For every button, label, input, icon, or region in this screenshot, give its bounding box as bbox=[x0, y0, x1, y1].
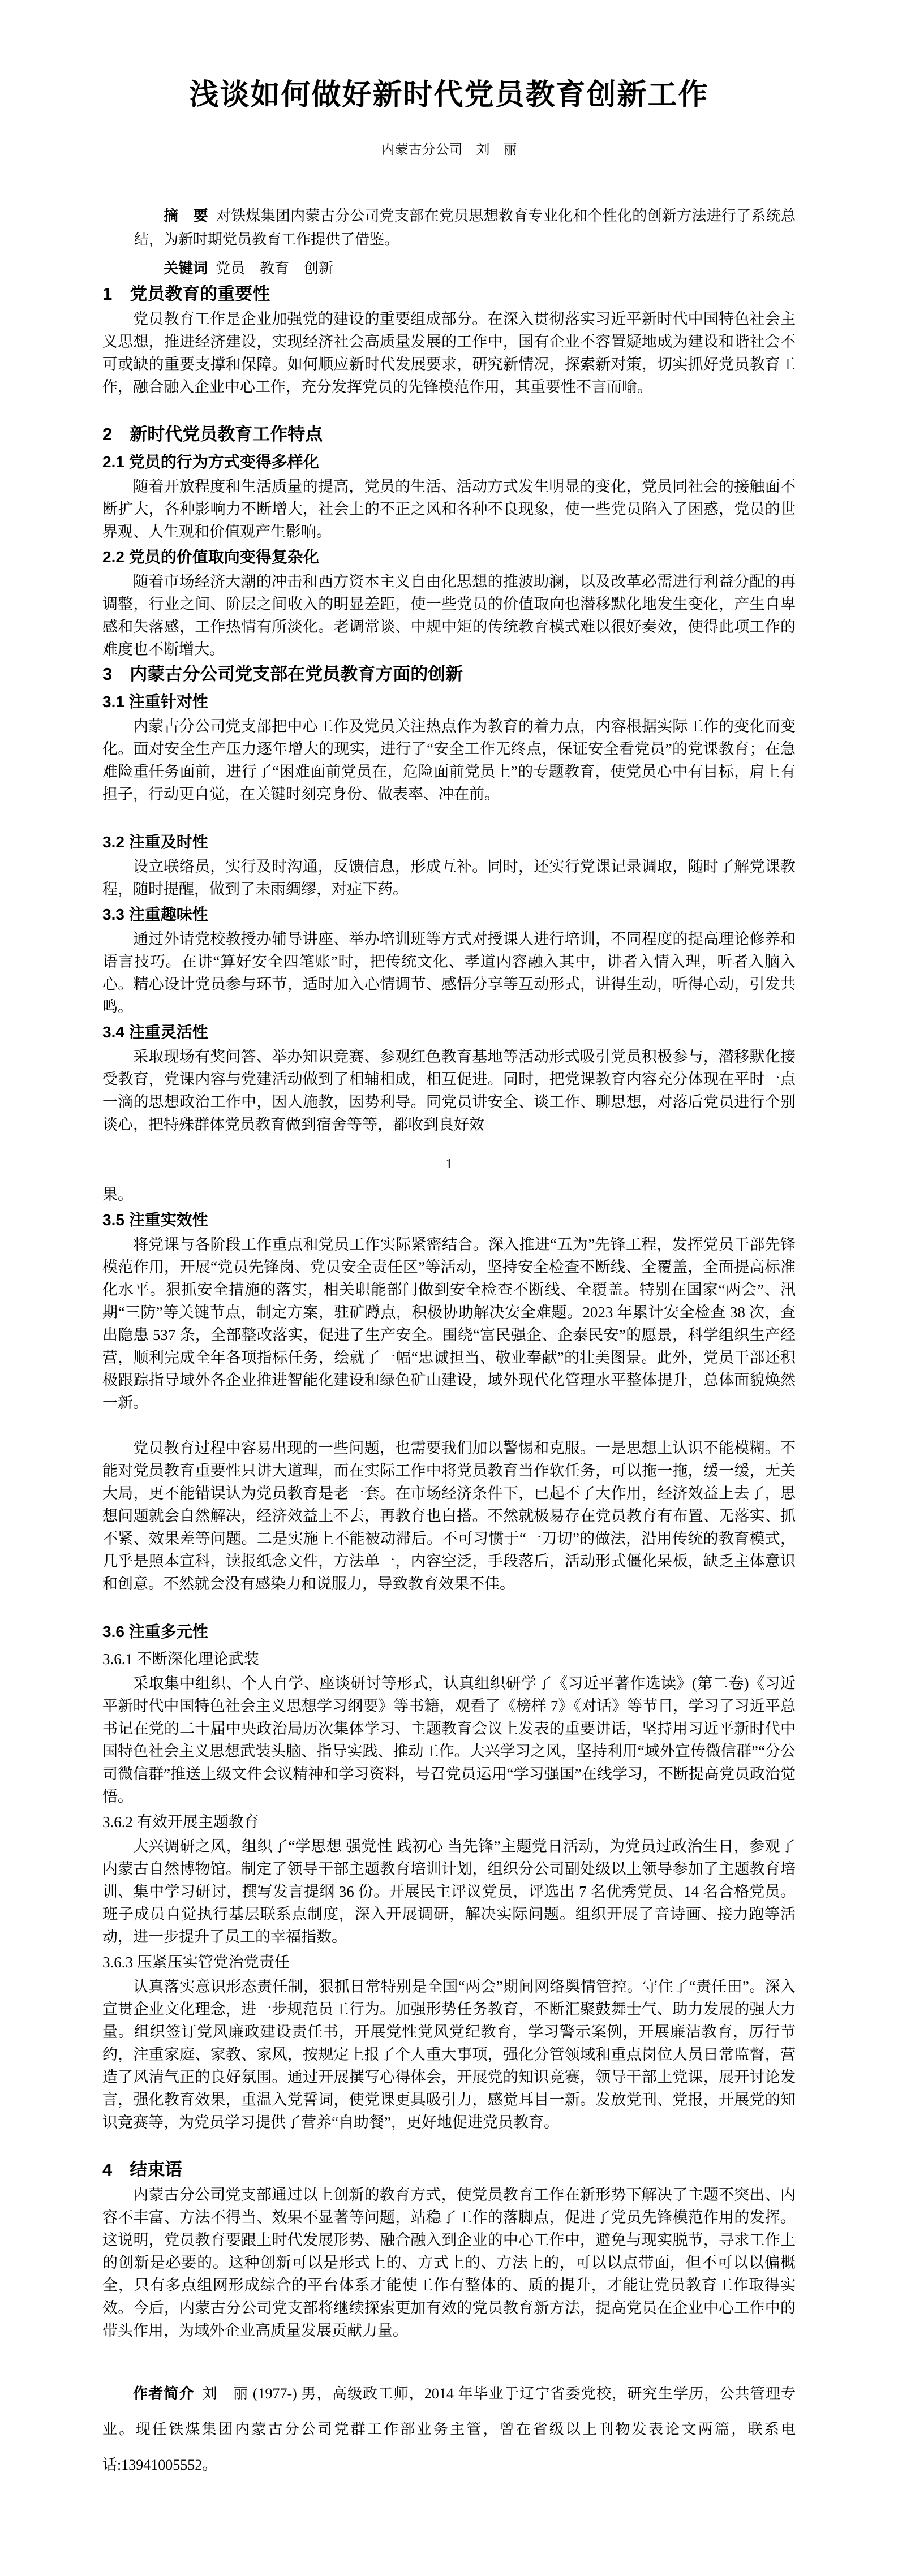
section-heading: 3.4 注重灵活性 bbox=[102, 1019, 796, 1045]
section-heading: 3.5 注重实效性 bbox=[102, 1207, 796, 1233]
paragraph: 设立联络员，实行及时沟通，反馈信息，形成互补。同时，还实行党课记录调取，随时了解… bbox=[102, 855, 796, 901]
section-heading: 3.6.3 压紧压实管党治党责任 bbox=[102, 1949, 796, 1975]
section-heading: 1 党员教育的重要性 bbox=[102, 281, 796, 308]
author-bio-text: 刘 丽 (1977-) 男，高级政工师，2014 年毕业于辽宁省委党校，研究生学… bbox=[102, 2385, 796, 2473]
abstract: 摘 要对铁煤集团内蒙古分公司党支部在党员思想教育专业化和个性化的创新方法进行了系… bbox=[134, 204, 796, 252]
paragraph: 将党课与各阶段工作重点和党员工作实际紧密结合。深入推进“五为”先锋工程，发挥党员… bbox=[102, 1233, 796, 1437]
paragraph: 采取集中组织、个人自学、座谈研讨等形式，认真组织研学了《习近平著作选读》(第二卷… bbox=[102, 1672, 796, 1808]
paragraph: 随着开放程度和生活质量的提高，党员的生活、活动方式发生明显的变化，党员同社会的接… bbox=[102, 475, 796, 543]
section-heading: 3.6.2 有效开展主题教育 bbox=[102, 1809, 796, 1835]
section-heading: 2 新时代党员教育工作特点 bbox=[102, 421, 796, 448]
paragraph: 大兴调研之风，组织了“学思想 强党性 践初心 当先锋”主题党日活动，为党员过政治… bbox=[102, 1835, 796, 1948]
keywords-label: 关键词 bbox=[164, 260, 208, 277]
author-bio-label: 作者简介 bbox=[133, 2385, 195, 2402]
page-number: 1 bbox=[102, 1153, 796, 1175]
document-body: 1 党员教育的重要性党员教育工作是企业加强党的建设的重要组成部分。在深入贯彻落实… bbox=[102, 281, 796, 2483]
paragraph: 内蒙古分公司党支部通过以上创新的教育方式，使党员教育工作在新形势下解决了主题不突… bbox=[102, 2183, 796, 2364]
section-heading: 3.3 注重趣味性 bbox=[102, 902, 796, 928]
section-heading: 3.6 注重多元性 bbox=[102, 1619, 796, 1645]
paragraph: 认真落实意识形态责任制，狠抓日常特别是全国“两会”期间网络舆情管控。守住了“责任… bbox=[102, 1975, 796, 2156]
author-bio: 作者简介刘 丽 (1977-) 男，高级政工师，2014 年毕业于辽宁省委党校，… bbox=[102, 2376, 796, 2483]
abstract-text: 对铁煤集团内蒙古分公司党支部在党员思想教育专业化和个性化的创新方法进行了系统总结… bbox=[134, 208, 796, 248]
paragraph: 内蒙古分公司党支部把中心工作及党员关注热点作为教育的着力点，内容根据实际工作的变… bbox=[102, 715, 796, 828]
document-page: 浅谈如何做好新时代党员教育创新工作 内蒙古分公司 刘 丽 摘 要对铁煤集团内蒙古… bbox=[0, 0, 898, 2576]
section-heading: 4 结束语 bbox=[102, 2156, 796, 2183]
section-heading: 3.2 注重及时性 bbox=[102, 829, 796, 855]
paragraph: 党员教育过程中容易出现的一些问题，也需要我们加以警惕和克服。一是思想上认识不能模… bbox=[102, 1437, 796, 1618]
section-heading: 2.2 党员的价值取向变得复杂化 bbox=[102, 544, 796, 570]
section-heading: 2.1 党员的行为方式变得多样化 bbox=[102, 449, 796, 475]
document-title: 浅谈如何做好新时代党员教育创新工作 bbox=[102, 0, 796, 118]
paragraph: 果。 bbox=[102, 1183, 796, 1206]
author-line: 内蒙古分公司 刘 丽 bbox=[102, 140, 796, 160]
section-heading: 3.6.1 不断深化理论武装 bbox=[102, 1646, 796, 1672]
paragraph: 随着市场经济大潮的冲击和西方资本主义自由化思想的推波助澜，以及改革必需进行利益分… bbox=[102, 570, 796, 661]
section-heading: 3 内蒙古分公司党支部在党员教育方面的创新 bbox=[102, 661, 796, 688]
abstract-label: 摘 要 bbox=[164, 207, 208, 224]
paragraph: 通过外请党校教授办辅导讲座、举办培训班等方式对授课人进行培训，不同程度的提高理论… bbox=[102, 928, 796, 1018]
section-heading: 3.1 注重针对性 bbox=[102, 689, 796, 715]
paragraph: 采取现场有奖问答、举办知识竞赛、参观红色教育基地等活动形式吸引党员积极参与，潜移… bbox=[102, 1045, 796, 1136]
paragraph: 党员教育工作是企业加强党的建设的重要组成部分。在深入贯彻落实习近平新时代中国特色… bbox=[102, 308, 796, 421]
keywords: 关键词党员 教育 创新 bbox=[134, 256, 796, 281]
keywords-text: 党员 教育 创新 bbox=[216, 260, 333, 277]
